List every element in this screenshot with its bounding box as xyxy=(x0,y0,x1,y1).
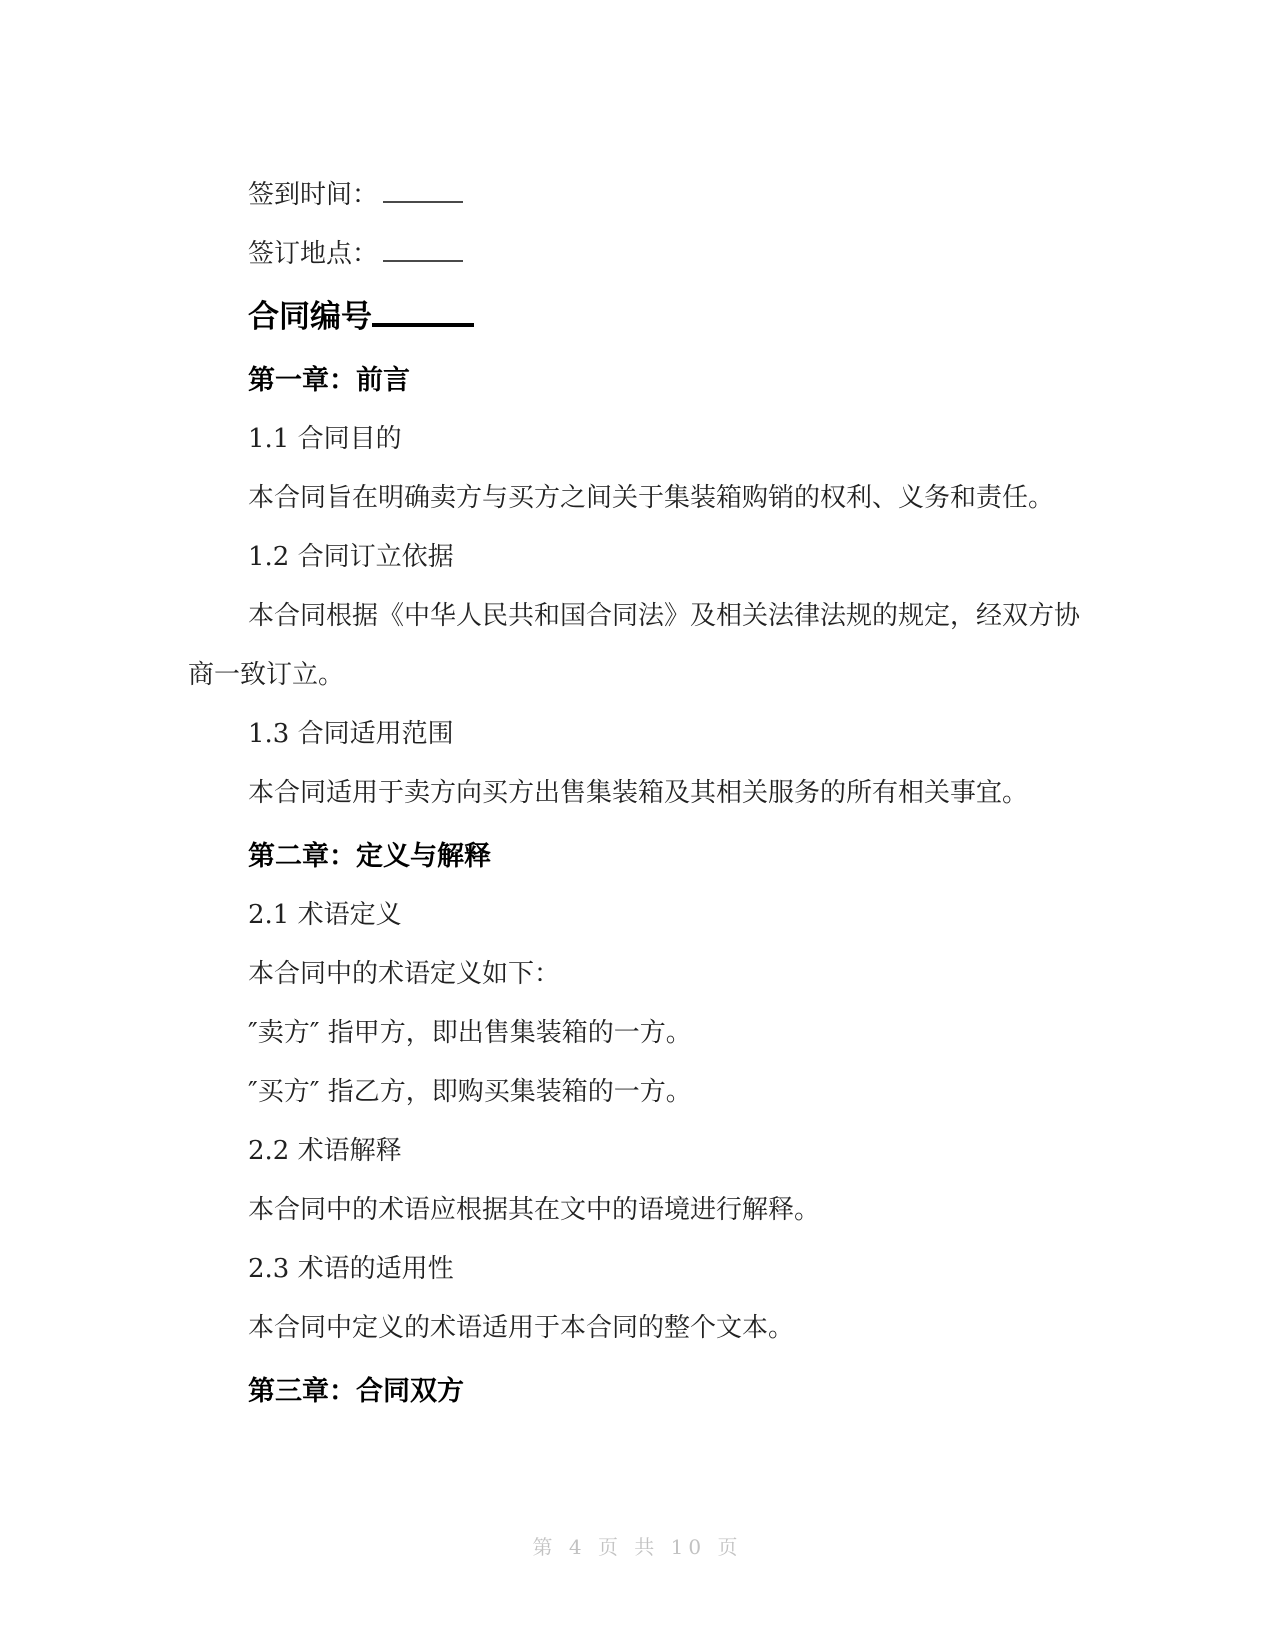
contract-content: 签到时间： 签订地点： 合同编号 第一章：前言 1.1 合同目的 本合同旨在明确… xyxy=(188,166,1088,1421)
clause-2-2-body: 本合同中的术语应根据其在文中的语境进行解释。 xyxy=(188,1181,1088,1240)
sign-time-blank xyxy=(383,179,463,203)
chapter1-heading: 第一章：前言 xyxy=(188,351,1088,410)
sign-place-line: 签订地点： xyxy=(188,225,1088,284)
contract-number-line: 合同编号 xyxy=(188,288,1088,347)
clause-2-1-body: 本合同中的术语定义如下： xyxy=(188,945,1088,1004)
clause-1-2-body: 本合同根据《中华人民共和国合同法》及相关法律法规的规定，经双方协商一致订立。 xyxy=(188,587,1088,705)
sign-place-label: 签订地点： xyxy=(248,239,378,269)
sign-place-blank xyxy=(383,238,463,262)
document-page: 签到时间： 签订地点： 合同编号 第一章：前言 1.1 合同目的 本合同旨在明确… xyxy=(0,0,1275,1650)
clause-2-3-title: 2.3 术语的适用性 xyxy=(188,1240,1088,1299)
sign-time-label: 签到时间： xyxy=(248,180,378,210)
chapter2-heading: 第二章：定义与解释 xyxy=(188,827,1088,886)
clause-1-3-body: 本合同适用于卖方向买方出售集装箱及其相关服务的所有相关事宜。 xyxy=(188,764,1088,823)
clause-1-1-body: 本合同旨在明确卖方与买方之间关于集装箱购销的权利、义务和责任。 xyxy=(188,469,1088,528)
page-number-indicator: 第 4 页 共 10 页 xyxy=(0,1532,1275,1562)
clause-1-3-title: 1.3 合同适用范围 xyxy=(188,705,1088,764)
contract-number-label: 合同编号 xyxy=(248,299,372,335)
buyer-definition: ″买方″ 指乙方，即购买集装箱的一方。 xyxy=(188,1063,1088,1122)
sign-time-line: 签到时间： xyxy=(188,166,1088,225)
clause-2-1-title: 2.1 术语定义 xyxy=(188,886,1088,945)
chapter3-heading: 第三章：合同双方 xyxy=(188,1362,1088,1421)
clause-2-2-title: 2.2 术语解释 xyxy=(188,1122,1088,1181)
clause-1-1-title: 1.1 合同目的 xyxy=(188,410,1088,469)
contract-number-blank xyxy=(372,303,474,327)
clause-1-2-title: 1.2 合同订立依据 xyxy=(188,528,1088,587)
clause-2-3-body: 本合同中定义的术语适用于本合同的整个文本。 xyxy=(188,1299,1088,1358)
seller-definition: ″卖方″ 指甲方，即出售集装箱的一方。 xyxy=(188,1004,1088,1063)
